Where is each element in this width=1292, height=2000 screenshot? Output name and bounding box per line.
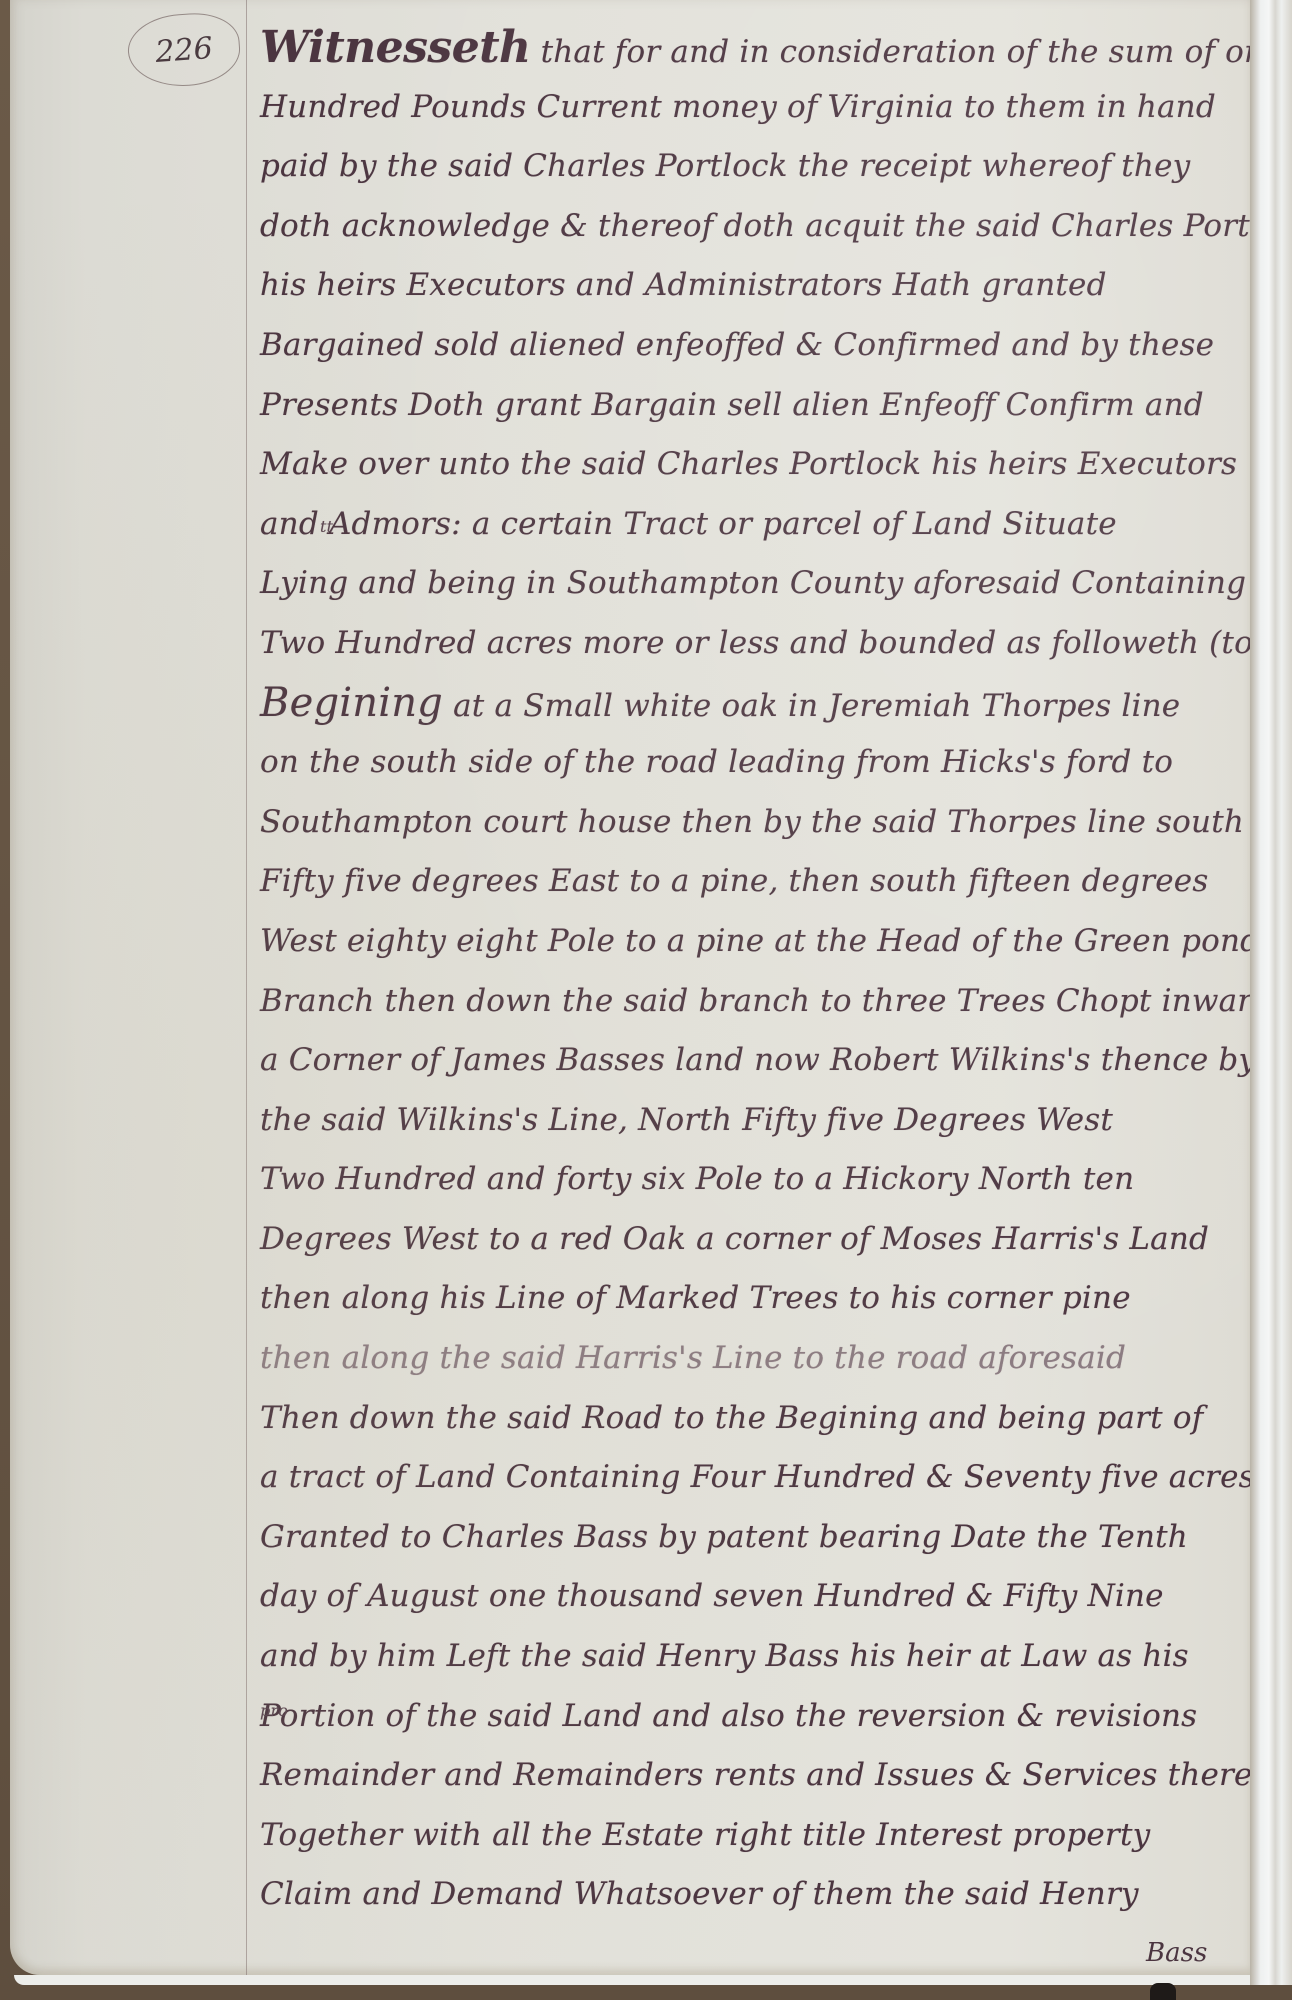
text-line-23: then along the said Harris's Line to the… <box>260 1329 1260 1389</box>
text-line-31: Together with all the Estate right title… <box>260 1806 1260 1866</box>
text-line-32: Claim and Demand Whatsoever of them the … <box>260 1865 1260 1925</box>
superscript-admors: tt <box>320 497 333 557</box>
deed-text: Witnesseth that for and in consideration… <box>260 18 1260 1925</box>
text-line-7: Presents Doth grant Bargain sell alien E… <box>260 376 1260 436</box>
text-line-29: Portion of the said Land and also the re… <box>260 1687 1260 1747</box>
text-line-20: Two Hundred and forty six Pole to a Hick… <box>260 1150 1260 1210</box>
text-line-13: on the south side of the road leading fr… <box>260 733 1260 793</box>
opening-word: Witnesseth <box>260 22 531 73</box>
catchword: Bass <box>1146 1938 1207 1968</box>
text-line-2: Hundred Pounds Current money of Virginia… <box>260 78 1260 138</box>
text-line-25: a tract of Land Containing Four Hundred … <box>260 1448 1260 1508</box>
text-line-15: Fifty five degrees East to a pine, then … <box>260 852 1260 912</box>
text-line-14: Southampton court house then by the said… <box>260 793 1260 853</box>
text-line-8: Make over unto the said Charles Portlock… <box>260 435 1260 495</box>
document-scan: 226 Witnesseth that for and in considera… <box>0 0 1292 2000</box>
page-stack-edge <box>1250 0 1292 1985</box>
text-line-11: Two Hundred acres more or less and bound… <box>260 614 1260 674</box>
text-line-30: Remainder and Remainders rents and Issue… <box>260 1746 1260 1806</box>
page-bottom-edge <box>14 1975 1256 1985</box>
text-line-9: and Admors: a certain Tract or parcel of… <box>260 495 1260 555</box>
text-line-21: Degrees West to a red Oak a corner of Mo… <box>260 1210 1260 1270</box>
text-line-16: West eighty eight Pole to a pine at the … <box>260 912 1260 972</box>
text-line-27: day of August one thousand seven Hundred… <box>260 1567 1260 1627</box>
text-line-3: paid by the said Charles Portlock the re… <box>260 137 1260 197</box>
text-line-22: then along his Line of Marked Trees to h… <box>260 1269 1260 1329</box>
superscript-portion: pro <box>260 1681 288 1741</box>
text-line-28: and by him Left the said Henry Bass his … <box>260 1627 1260 1687</box>
text-line-19: the said Wilkins's Line, North Fifty fiv… <box>260 1091 1260 1151</box>
text-line-10: Lying and being in Southampton County af… <box>260 554 1260 614</box>
page-number: 226 <box>126 10 243 90</box>
ledger-page: 226 Witnesseth that for and in considera… <box>10 0 1250 1975</box>
text-line-18: a Corner of James Basses land now Robert… <box>260 1031 1260 1091</box>
text-line-24: Then down the said Road to the Begining … <box>260 1389 1260 1449</box>
text-line-4: doth acknowledge & thereof doth acquit t… <box>260 197 1260 257</box>
margin-rule <box>246 0 247 1975</box>
text-line-26: Granted to Charles Bass by patent bearin… <box>260 1508 1260 1568</box>
text-line-17: Branch then down the said branch to thre… <box>260 972 1260 1032</box>
text-line-6: Bargained sold aliened enfeoffed & Confi… <box>260 316 1260 376</box>
binding-clip <box>1150 1983 1176 2000</box>
text-line-1: Witnesseth that for and in consideration… <box>260 18 1260 78</box>
begining-word: Begining <box>260 680 443 726</box>
text-line-5: his heirs Executors and Administrators H… <box>260 256 1260 316</box>
text-line-12: Begining at a Small white oak in Jeremia… <box>260 674 1260 734</box>
